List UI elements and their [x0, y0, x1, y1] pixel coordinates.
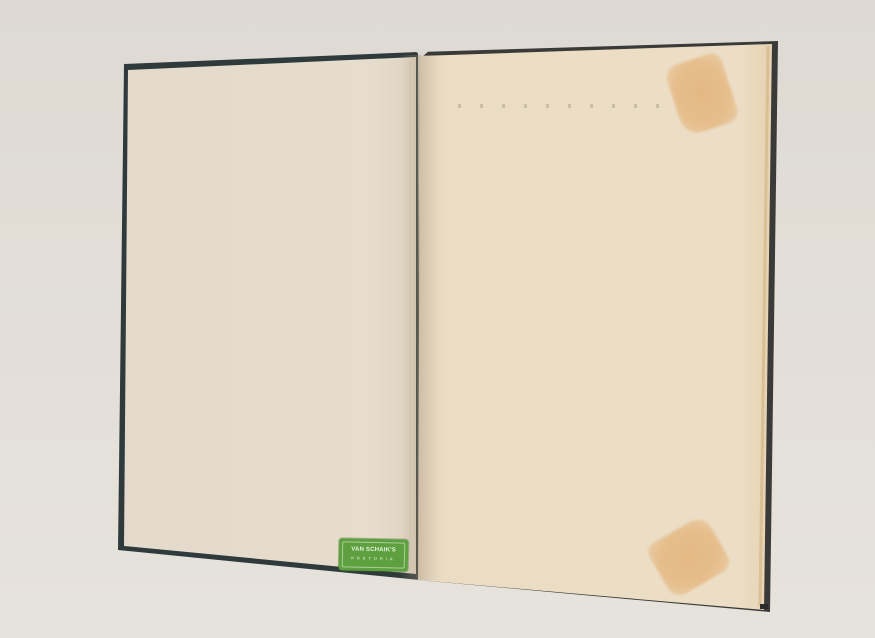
faint-print-dots — [458, 104, 668, 108]
photo-scene: VAN SCHAIK'S PRETORIA — [0, 0, 875, 638]
book-shape — [0, 0, 875, 638]
open-book: VAN SCHAIK'S PRETORIA — [0, 0, 875, 638]
bookseller-label: VAN SCHAIK'S PRETORIA — [339, 538, 409, 571]
